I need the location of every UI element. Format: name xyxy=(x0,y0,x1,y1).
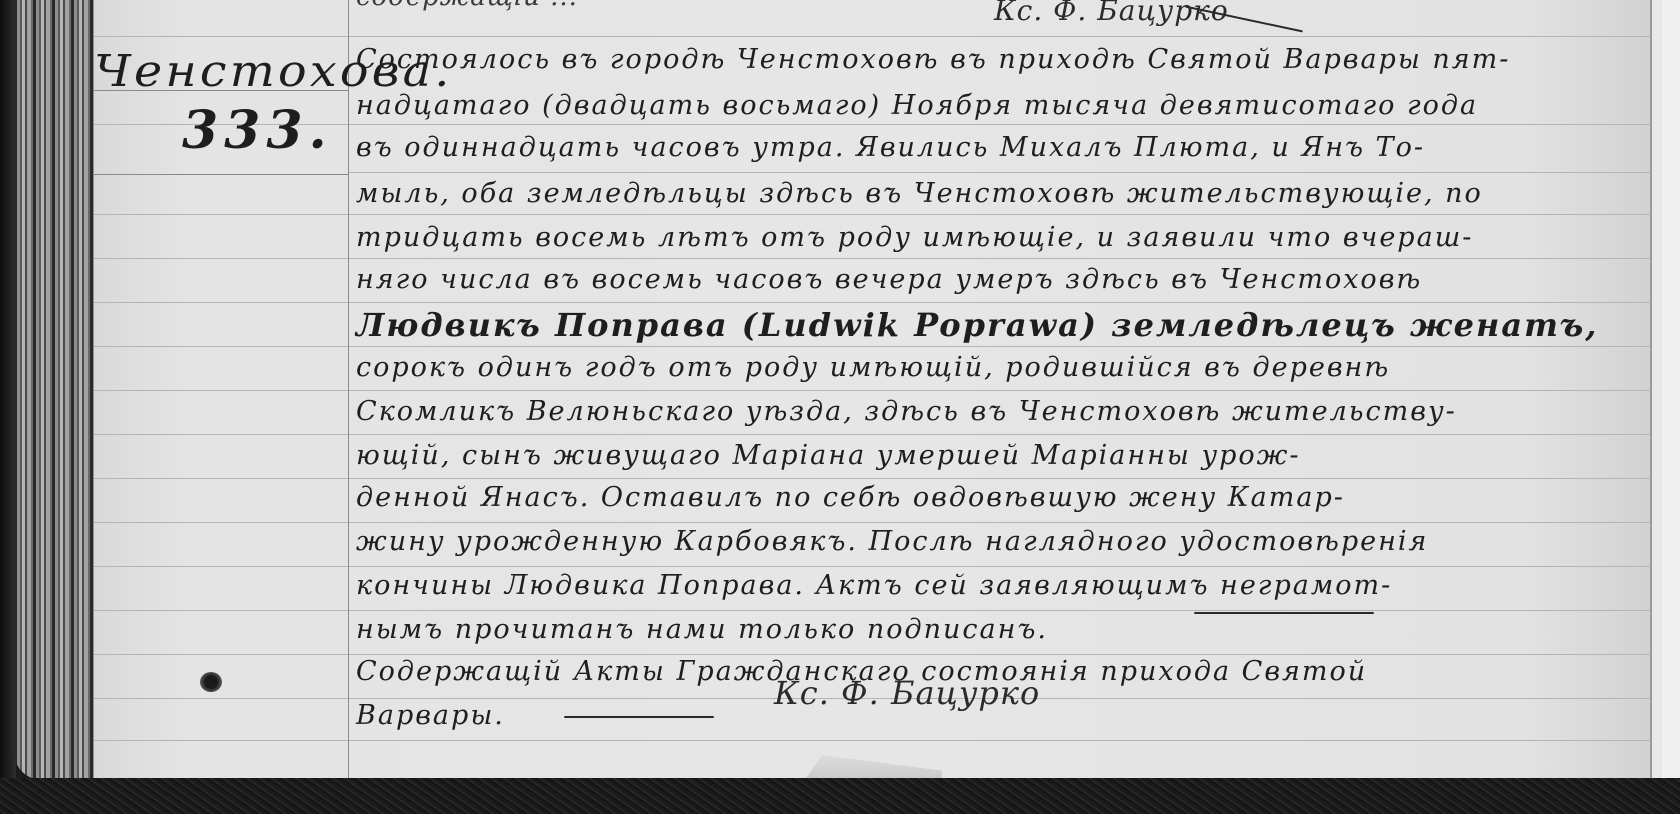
ruling-line xyxy=(94,346,1650,347)
register-page: содержащій ... Кс. Ф. Бацурко Ченстохова… xyxy=(94,0,1650,780)
record-line-6: няго числа въ восемь часовъ вечера умеръ… xyxy=(356,264,1422,295)
ruling-line xyxy=(94,302,1650,303)
ruling-line xyxy=(94,740,1650,741)
record-line-1: Состоялось въ городѣ Ченстоховѣ въ прихо… xyxy=(356,44,1510,75)
ruling-line xyxy=(94,566,1650,567)
ruling-line xyxy=(94,258,1650,259)
entry-number: 333. xyxy=(182,100,333,161)
ruling-line xyxy=(94,36,1650,37)
record-line-5: тридцать восемь лѣтъ отъ роду имѣющіе, и… xyxy=(356,222,1473,253)
officiant-signature: Кс. Ф. Бацурко xyxy=(774,674,1040,712)
record-line-10: ющій, сынъ живущаго Маріана умершей Марі… xyxy=(356,440,1301,471)
ruling-line xyxy=(94,522,1650,523)
record-line-8: сорокъ одинъ годъ отъ роду имѣющій, роди… xyxy=(356,352,1390,383)
record-line-4: мыль, оба земледѣльцы здѣсь въ Ченстохов… xyxy=(356,178,1483,209)
ruling-line xyxy=(94,478,1650,479)
record-line-7-deceased-name: Людвикъ Поправа (Ludwik Poprawa) земледѣ… xyxy=(356,306,1598,344)
previous-entry-signature: Кс. Ф. Бацурко xyxy=(994,0,1229,27)
ruling-line xyxy=(94,174,348,175)
ruling-line xyxy=(348,172,1650,173)
line-end-dash xyxy=(564,716,714,718)
record-line-12: жину урожденную Карбовякъ. Послѣ наглядн… xyxy=(356,526,1428,557)
ruling-line xyxy=(94,390,1650,391)
ruling-line xyxy=(94,654,1650,655)
ruling-line xyxy=(94,214,1650,215)
record-line-2: надцатаго (двадцать восьмаго) Ноября тыс… xyxy=(356,90,1478,121)
record-line-13: кончины Людвика Поправа. Актъ сей заявля… xyxy=(356,570,1392,601)
next-leaf-edge xyxy=(1650,0,1680,790)
previous-entry-text: содержащій ... xyxy=(356,0,578,12)
margin-rule xyxy=(348,0,349,780)
ruling-line xyxy=(94,434,1650,435)
line-end-dash xyxy=(1194,612,1374,614)
paper-tab xyxy=(792,755,942,780)
ink-blot xyxy=(200,672,222,692)
record-line-9: Скомликъ Велюньскаго уѣзда, здѣсь въ Чен… xyxy=(356,396,1457,427)
record-line-3: въ одиннадцать часовъ утра. Явились Миха… xyxy=(356,132,1425,163)
record-line-14: нымъ прочитанъ нами только подписанъ. xyxy=(356,614,1048,645)
stacked-page-edges xyxy=(14,0,94,780)
ruling-line xyxy=(94,610,1650,611)
record-line-16: Варвары. xyxy=(356,700,505,731)
record-line-11: денной Янасъ. Оставилъ по себѣ овдовѣвшу… xyxy=(356,482,1345,513)
book-cover-leather xyxy=(0,778,1680,814)
